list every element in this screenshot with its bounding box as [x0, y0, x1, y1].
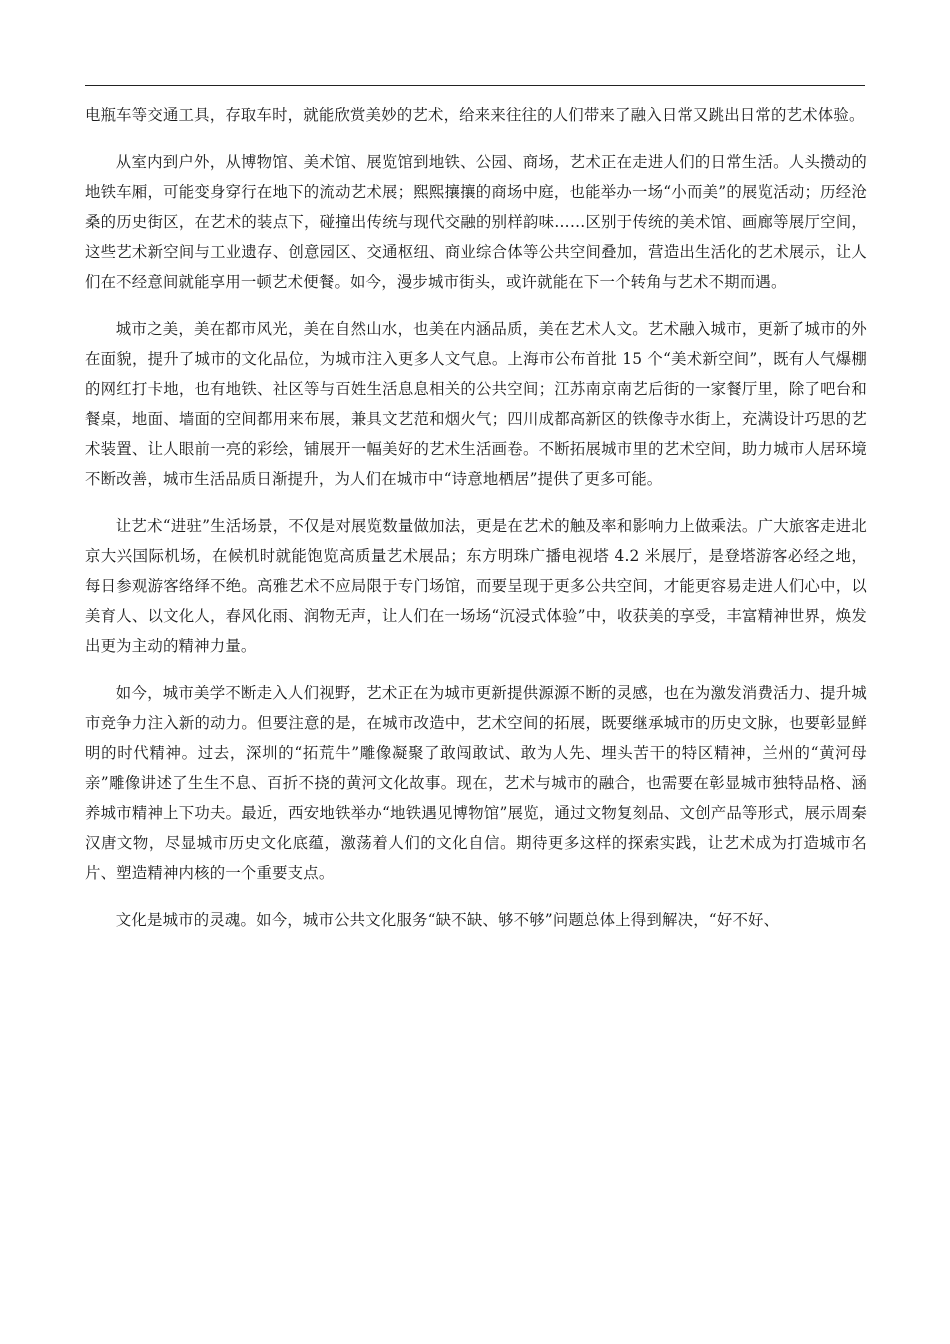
header-rule — [85, 85, 865, 86]
paragraph-culture-soul: 文化是城市的灵魂。如今，城市公共文化服务“缺不缺、够不够”问题总体上得到解决，“… — [85, 905, 867, 935]
paragraph-city-beauty: 城市之美，美在都市风光，美在自然山水，也美在内涵品质，美在艺术人文。艺术融入城市… — [85, 314, 867, 494]
page-content: 电瓶车等交通工具，存取车时，就能欣赏美妙的艺术，给来来往往的人们带来了融入日常又… — [85, 100, 867, 952]
paragraph-art-in-daily-life: 从室内到户外，从博物馆、美术馆、展览馆到地铁、公园、商场，艺术正在走进人们的日常… — [85, 147, 867, 297]
paragraph-continuation: 电瓶车等交通工具，存取车时，就能欣赏美妙的艺术，给来来往往的人们带来了融入日常又… — [85, 100, 867, 130]
paragraph-art-in-life-scenes: 让艺术“进驻”生活场景，不仅是对展览数量做加法，更是在艺术的触及率和影响力上做乘… — [85, 511, 867, 661]
paragraph-urban-aesthetics: 如今，城市美学不断走入人们视野，艺术正在为城市更新提供源源不断的灵感，也在为激发… — [85, 678, 867, 888]
